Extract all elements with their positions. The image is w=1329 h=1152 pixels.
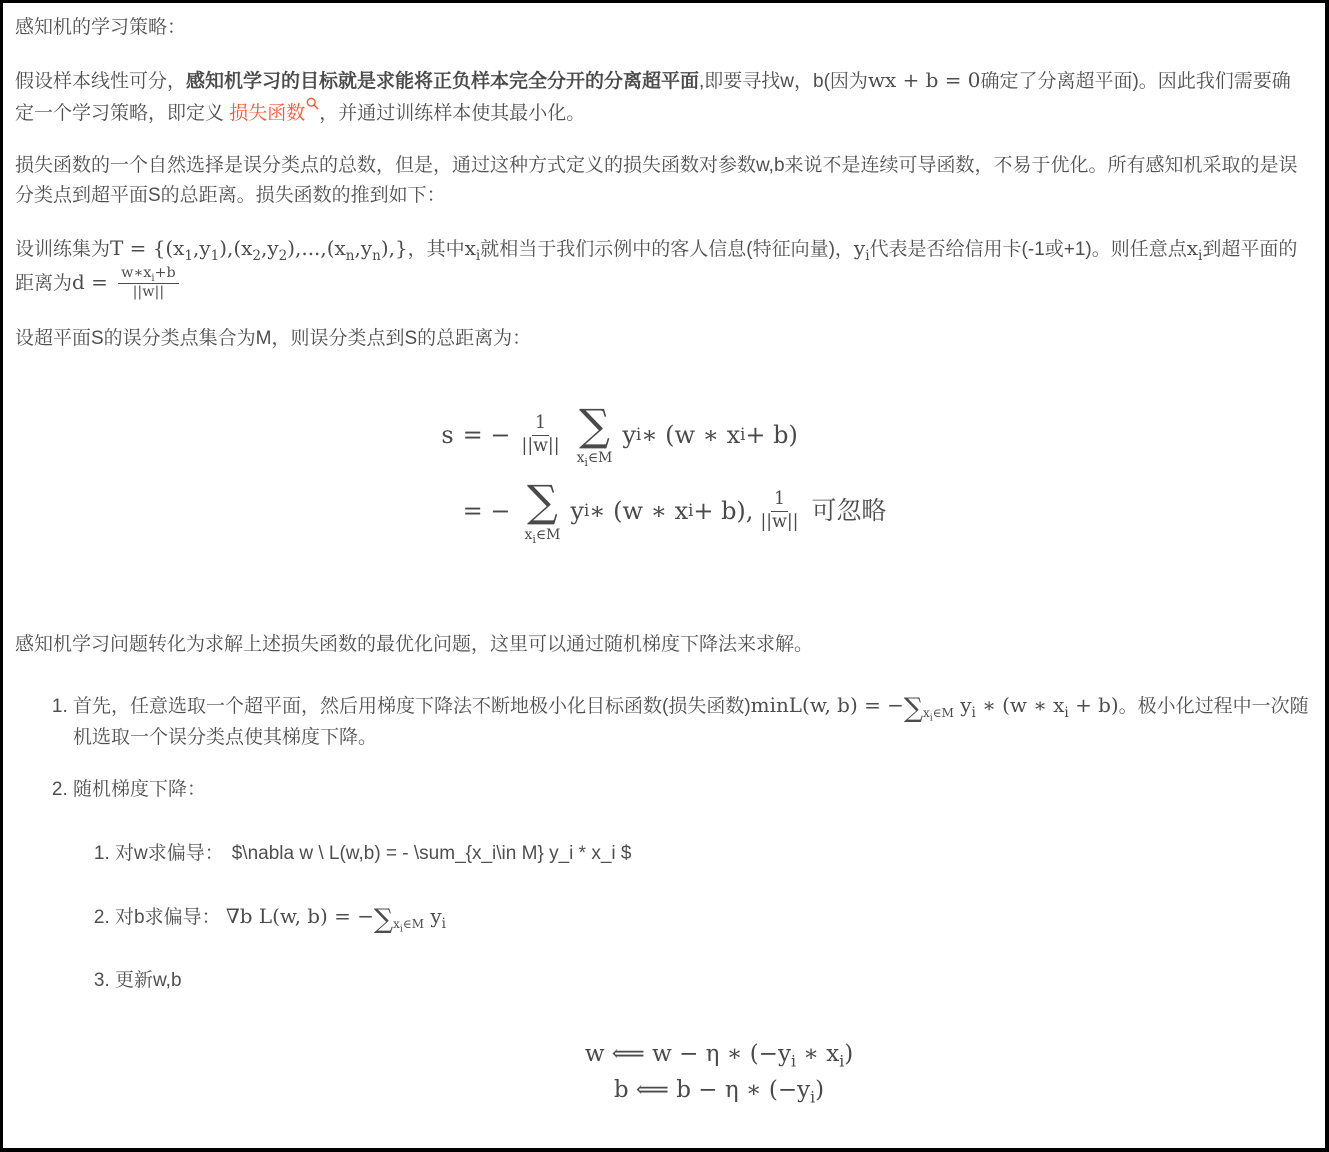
math-token: = −	[463, 496, 511, 526]
math-token: ∗ (w ∗ x	[589, 496, 688, 526]
math-token: x	[393, 917, 400, 931]
math-token: + b)	[693, 496, 745, 526]
math-token: 2	[279, 248, 288, 264]
solution-steps-list: 首先，任意选取一个超平面，然后用梯度下降法不断地极小化目标函数(损失函数)min…	[15, 690, 1309, 996]
math-token: + b)	[745, 420, 797, 450]
sigma-glyph: ∑	[579, 404, 610, 449]
update-w-line: w ⟸ w − η ∗ (−yi ∗ xi)	[129, 1036, 1309, 1072]
math-token: y	[854, 236, 865, 260]
math-token: d =	[72, 270, 114, 294]
math-token: 1	[211, 248, 220, 264]
math-token: T = {(x	[110, 236, 184, 260]
article-page: 感知机的学习策略： 假设样本线性可分，感知机学习的目标就是求能将正负样本完全分开…	[0, 0, 1329, 1152]
para-set-m: 设超平面S的误分类点集合为M，则误分类点到S的总距离为：	[15, 324, 1309, 354]
inline-math-minl: minL(w, b) = −∑xi∈M yi ∗ (w ∗ xi + b)	[751, 693, 1119, 717]
sum-limits: xi∈M	[923, 706, 954, 720]
para-loss-choice: 损失函数的一个自然选择是误分类点的总数，但是，通过这种方式定义的损失函数对参数w…	[15, 151, 1309, 211]
sum-limits: xi∈M	[525, 529, 561, 543]
sum-limits: xi∈M	[393, 917, 424, 931]
math-token: i	[442, 916, 446, 932]
math-token: ,y	[261, 236, 279, 260]
sigma-glyph: ∑	[527, 480, 558, 525]
text-run: 对b求偏导：	[115, 907, 221, 928]
display-equation-total-distance: s= −1||w||∑xi∈Myi ∗ (w ∗ xi + b) = −∑xi∈…	[15, 390, 1309, 557]
math-token: ),...,(x	[287, 236, 346, 260]
math-token: minL(w, b) = −	[751, 693, 904, 717]
math-token: )	[844, 1041, 853, 1067]
list-item-partial-b: 对b求偏导： ∇b L(w, b) = −∑xi∈M yi	[115, 901, 1309, 934]
list-item-update-wb: 更新w,b	[115, 966, 1309, 996]
inline-math-xi: xi	[465, 236, 481, 260]
inline-math-xi: xi	[1187, 236, 1203, 260]
math-token: s	[438, 420, 454, 450]
fraction: 1||w||	[519, 413, 563, 457]
para-transform: 感知机学习问题转化为求解上述损失函数的最优化问题，这里可以通过随机梯度下降法来求…	[15, 630, 1309, 660]
math-token: ∈M	[536, 527, 561, 543]
fraction: w∗xi+b||w||	[118, 265, 179, 302]
math-token: w ⟸ w − η ∗ (−y	[585, 1041, 791, 1067]
equation-inner: s= −1||w||∑xi∈Myi ∗ (w ∗ xi + b) = −∑xi∈…	[438, 390, 887, 557]
math-token: ∈M	[403, 917, 424, 931]
para-goal: 假设样本线性可分，感知机学习的目标就是求能将正负样本完全分开的分离超平面,即要寻…	[15, 65, 1309, 129]
math-token: 1	[184, 248, 193, 264]
display-equation-update-rules: w ⟸ w − η ∗ (−yi ∗ xi) b ⟸ b − η ∗ (−yi)	[129, 1036, 1309, 1108]
search-icon	[306, 97, 319, 110]
math-token: ,y	[193, 236, 211, 260]
fraction-denominator: ||w||	[519, 436, 563, 458]
inline-math-trainset: T = {(x1,y1),(x2,y2),...,(xn,yn),}	[110, 236, 408, 260]
math-token: n	[346, 248, 355, 264]
math-token: ),}	[381, 236, 408, 260]
sum-operator: ∑xi∈M	[577, 404, 613, 466]
fraction-denominator: ||w||	[130, 284, 168, 302]
sum-limits: xi∈M	[577, 452, 613, 466]
equation-line-1: s= −1||w||∑xi∈Myi ∗ (w ∗ xi + b)	[438, 404, 887, 466]
para-trainset: 设训练集为T = {(x1,y1),(x2,y2),...,(xn,yn),}，…	[15, 233, 1309, 302]
math-token: ,y	[355, 236, 373, 260]
list-item-partial-w: 对w求偏导：$\nabla w \ L(w,b) = - \sum_{x_i\i…	[115, 839, 1309, 869]
equation-line-2: = −∑xi∈Myi ∗ (w ∗ xi + b), 1||w||可忽略	[438, 480, 887, 542]
math-token: ∈M	[588, 450, 613, 466]
fraction-numerator: 1	[532, 413, 549, 436]
math-token: x	[1187, 236, 1198, 260]
math-token: 2	[252, 248, 261, 264]
math-token: +b	[154, 265, 175, 281]
goal-bold-text: 感知机学习的目标就是求能将正负样本完全分开的分离超平面	[186, 71, 699, 92]
fraction-denominator: ||w||	[757, 512, 801, 534]
text-run: 首先，任意选取一个超平面，然后用梯度下降法不断地极小化目标函数(损失函数)	[73, 696, 751, 717]
loss-function-link[interactable]: 损失函数	[229, 103, 319, 124]
text-run: 随机梯度下降：	[73, 779, 206, 800]
math-token: y	[570, 496, 584, 526]
math-token: )	[815, 1077, 824, 1103]
inline-math-yi: yi	[854, 236, 870, 260]
math-token: y	[622, 420, 636, 450]
math-token: ∗ (w ∗ x	[641, 420, 740, 450]
math-token: x	[465, 236, 476, 260]
math-token: y	[430, 904, 441, 928]
math-token: ,	[746, 496, 754, 526]
text-run: 对w求偏导：	[115, 843, 224, 864]
ignore-note: 可忽略	[811, 496, 886, 526]
math-token: x	[923, 706, 930, 720]
fraction-numerator: w∗xi+b	[118, 265, 179, 284]
fraction-numerator: 1	[771, 489, 788, 512]
text-run: 代表是否给信用卡(-1或+1)。则任意点	[870, 239, 1187, 260]
math-token: = −	[463, 420, 511, 450]
latex-source-text: $\nabla w \ L(w,b) = - \sum_{x_i\in M} y…	[232, 843, 632, 864]
page-title: 感知机的学习策略：	[15, 13, 1309, 43]
math-token: + b)	[1069, 693, 1119, 717]
sigma-glyph: ∑	[374, 904, 393, 935]
sigma-glyph: ∑	[904, 693, 923, 724]
math-token: y	[960, 693, 971, 717]
list-item-step1: 首先，任意选取一个超平面，然后用梯度下降法不断地极小化目标函数(损失函数)min…	[73, 690, 1309, 753]
inline-math-wxb: wx + b = 0	[868, 68, 981, 92]
text-run: ,即要寻找w，b(因为	[699, 71, 868, 92]
loss-link-label: 损失函数	[229, 103, 305, 124]
text-run: 假设样本线性可分，	[15, 71, 186, 92]
text-run: ，并通过训练样本使其最小化。	[319, 103, 585, 124]
list-item-step2: 随机梯度下降： 对w求偏导：$\nabla w \ L(w,b) = - \su…	[73, 775, 1309, 996]
math-token: w∗x	[121, 265, 151, 281]
math-token: ∇b L(w, b) = −	[226, 904, 374, 928]
update-b-line: b ⟸ b − η ∗ (−yi)	[129, 1072, 1309, 1108]
inline-math-distance: d = w∗xi+b||w||	[72, 270, 183, 294]
math-token: n	[372, 248, 381, 264]
text-run: 就相当于我们示例中的客人信息(特征向量)，	[480, 239, 854, 260]
sum-operator: ∑xi∈M	[525, 480, 561, 542]
math-token: ∗ (w ∗ x	[976, 693, 1065, 717]
text-run: ，其中	[408, 239, 465, 260]
sgd-substeps-list: 对w求偏导：$\nabla w \ L(w,b) = - \sum_{x_i\i…	[73, 839, 1309, 996]
inline-math-nabla-b: ∇b L(w, b) = −∑xi∈M yi	[226, 904, 446, 928]
text-run: 设训练集为	[15, 239, 110, 260]
math-token: ∗ x	[796, 1041, 839, 1067]
math-token: b ⟸ b − η ∗ (−y	[614, 1077, 810, 1103]
math-token: ),(x	[219, 236, 252, 260]
text-run: 更新w,b	[115, 970, 182, 991]
math-token: ∈M	[933, 706, 954, 720]
fraction: 1||w||	[757, 489, 801, 533]
